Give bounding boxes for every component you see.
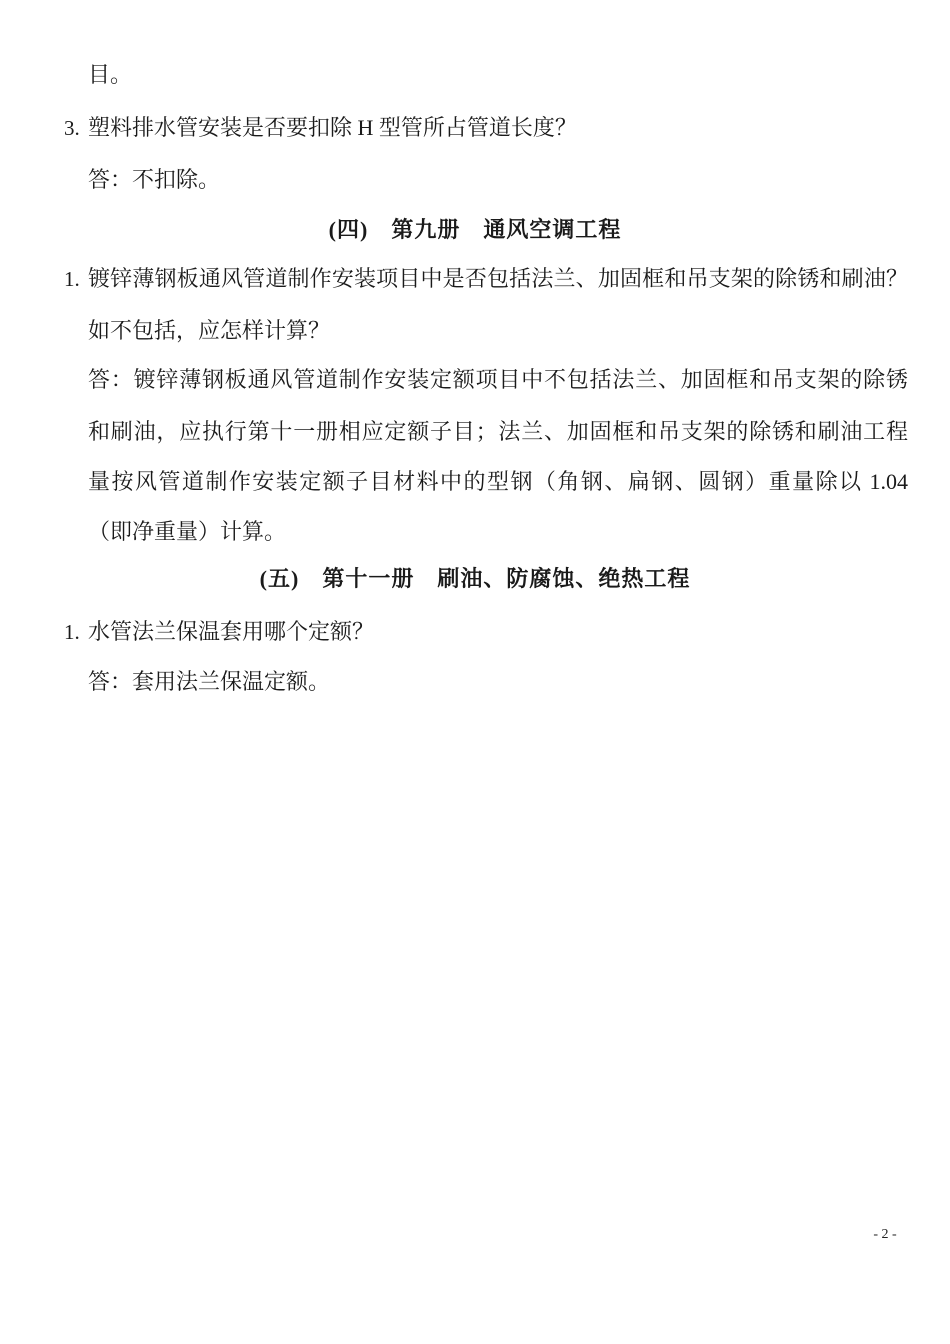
- section-5-answer-1-text: 答：套用法兰保温定额。: [88, 669, 908, 695]
- section-4-answer-1-line-3: 量按风管道制作安装定额子目材料中的型钢（角钢、扁钢、圆钢）重量除以 1.04: [88, 469, 908, 495]
- section-4-question-1-line-1: 镀锌薄钢板通风管道制作安装项目中是否包括法兰、加固框和吊支架的除锈和刷油？: [88, 266, 908, 292]
- carryover-paragraph-text: 目。: [88, 62, 908, 88]
- document-page: 目。 3. 塑料排水管安装是否要扣除 H 型管所占管道长度？ 答：不扣除。 (四…: [0, 0, 950, 1344]
- section-4-answer-1-line-2: 和刷油，应执行第十一册相应定额子目；法兰、加固框和吊支架的除锈和刷油工程: [88, 419, 908, 445]
- section-5-heading: (五) 第十一册 刷油、防腐蚀、绝热工程: [55, 566, 895, 592]
- section-4-answer-1-line-4: （即净重量）计算。: [88, 519, 908, 545]
- section-5-question-1-number: 1.: [64, 619, 80, 645]
- answer-3-text: 答：不扣除。: [88, 167, 908, 193]
- question-3-number: 3.: [64, 115, 80, 141]
- question-3-text: 塑料排水管安装是否要扣除 H 型管所占管道长度？: [88, 115, 908, 141]
- page-number: - 2 -: [860, 1227, 910, 1243]
- section-4-answer-1-line-1: 答：镀锌薄钢板通风管道制作安装定额项目中不包括法兰、加固框和吊支架的除锈: [88, 367, 908, 393]
- section-5-question-1-text: 水管法兰保温套用哪个定额？: [88, 619, 908, 645]
- section-4-question-1-line-2: 如不包括，应怎样计算？: [88, 318, 908, 344]
- section-4-question-1-number: 1.: [64, 266, 80, 292]
- section-4-heading: (四) 第九册 通风空调工程: [55, 217, 895, 243]
